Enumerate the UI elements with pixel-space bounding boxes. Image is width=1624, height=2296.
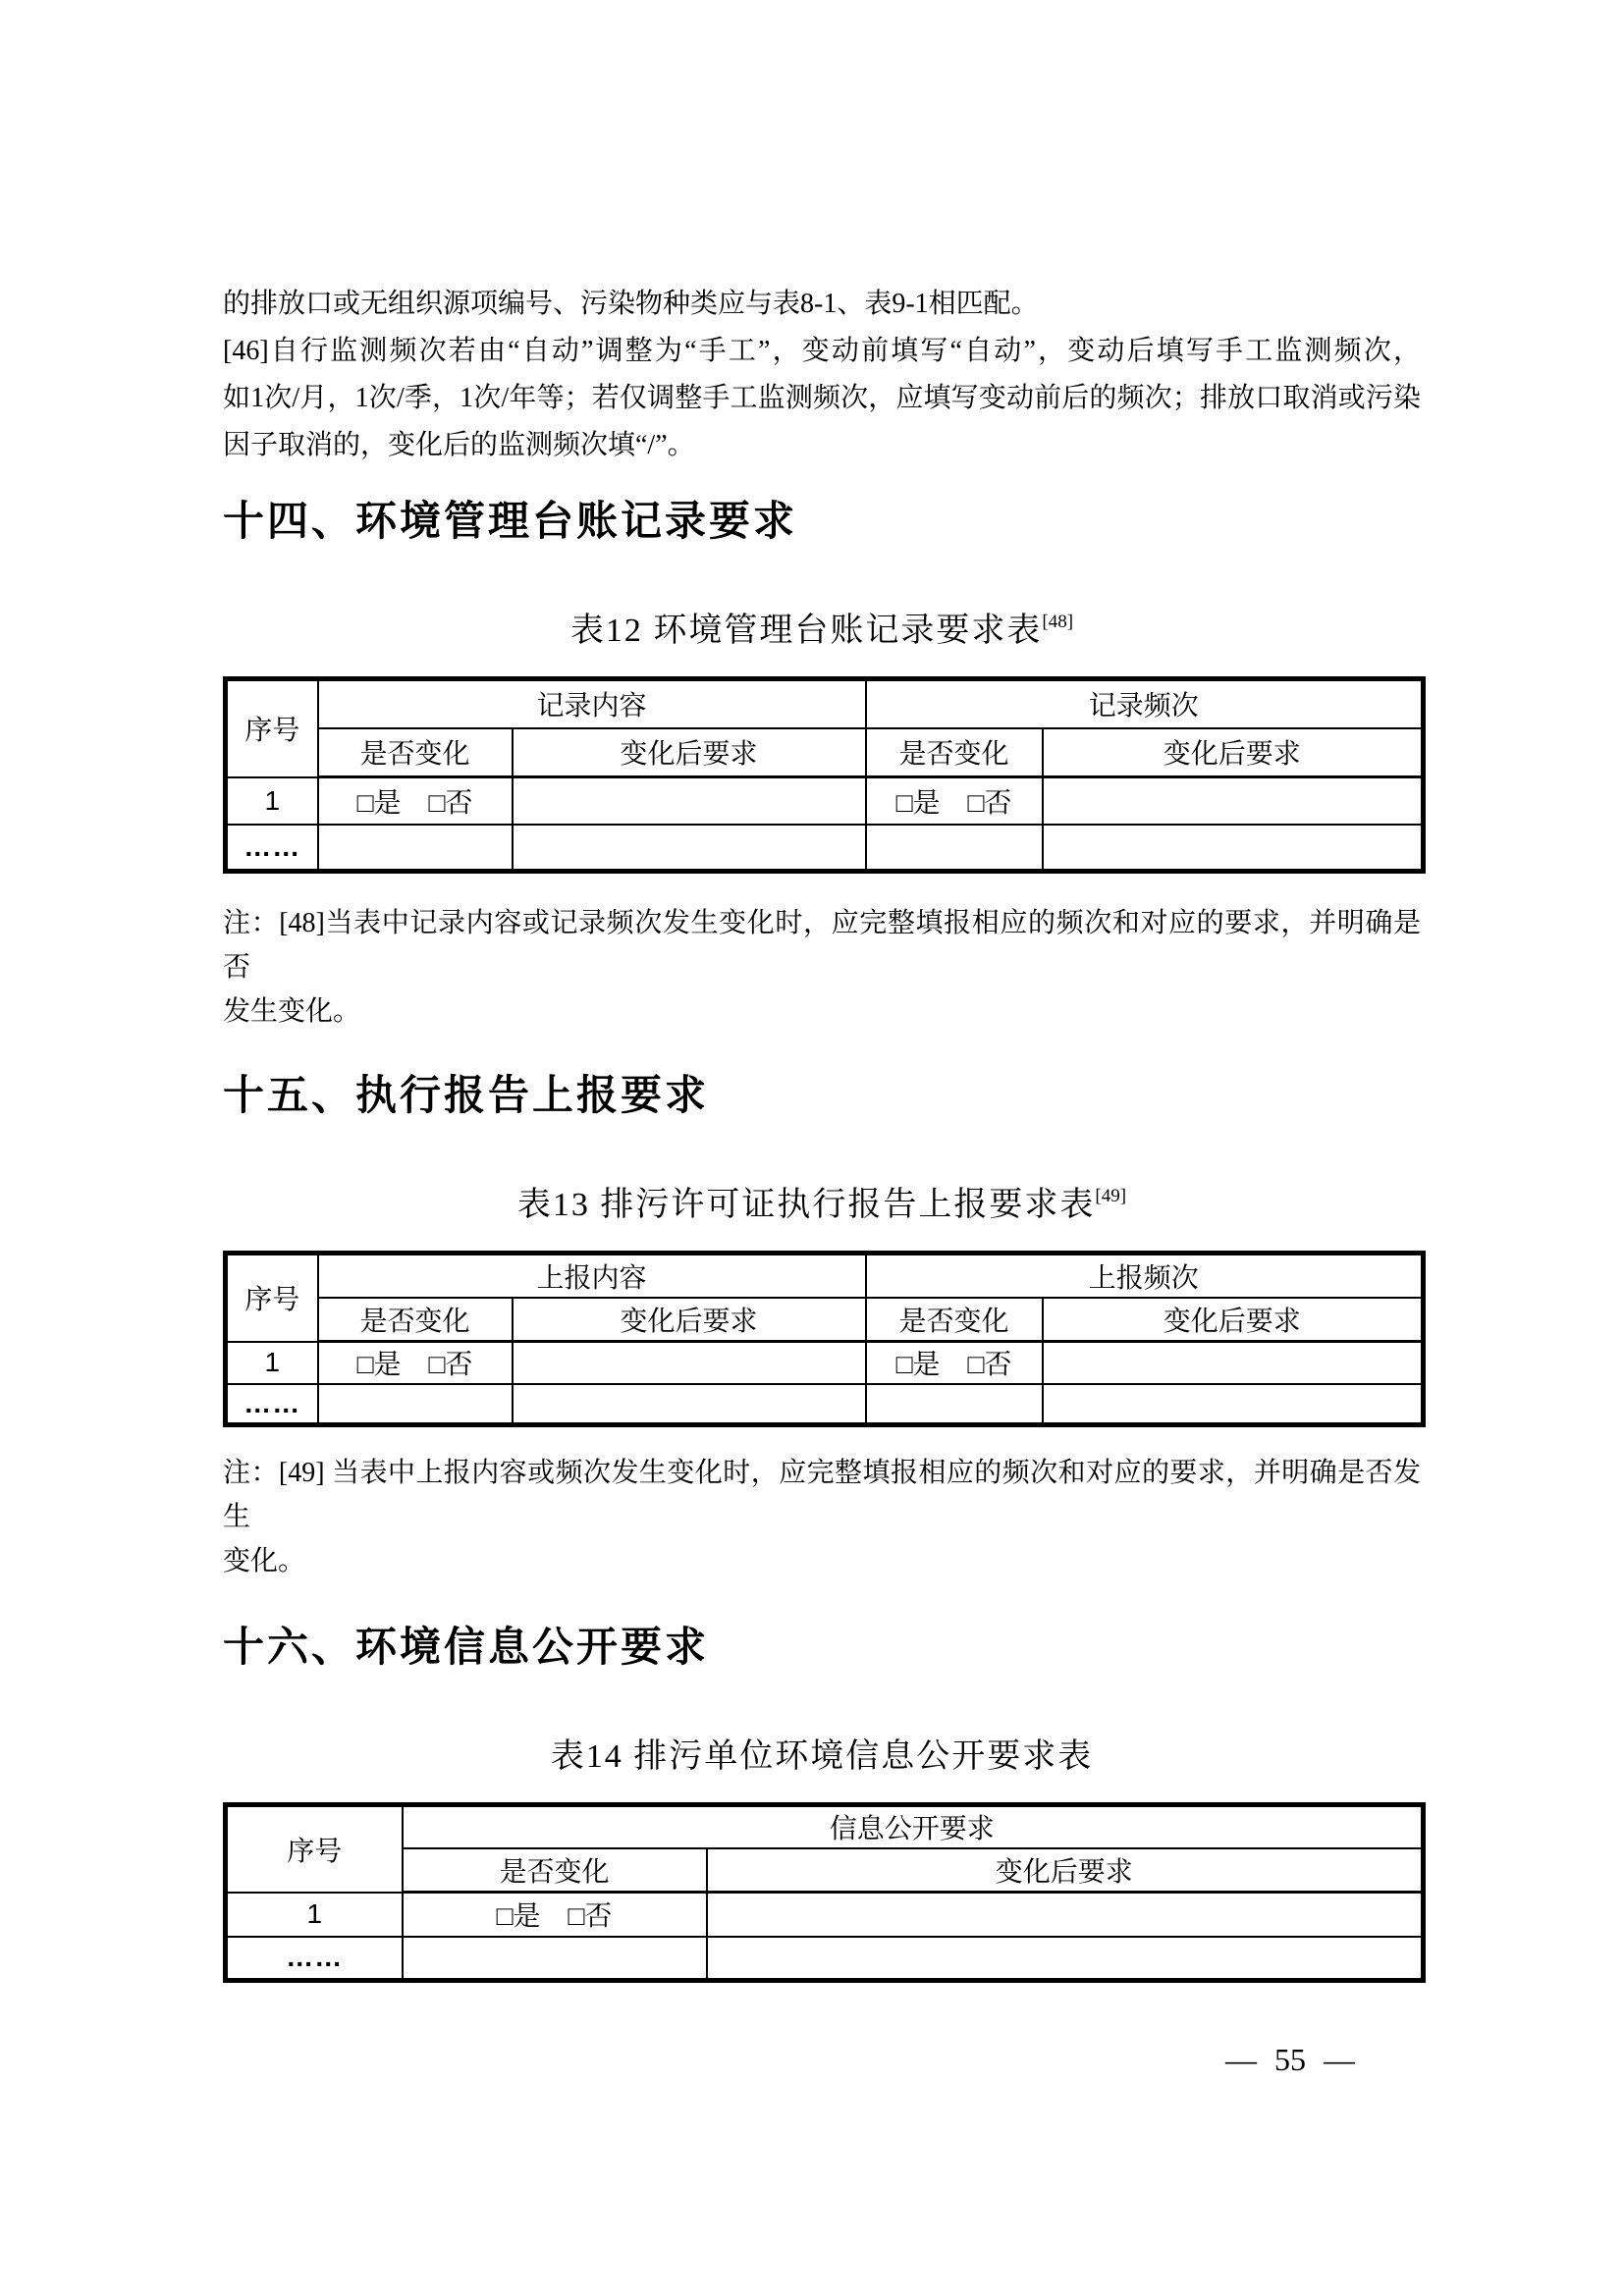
section-heading-14: 十四、环境管理台账记录要求 [223,494,1421,549]
table14-requirement-header: 变化后要求 [707,1848,1424,1893]
table12-empty-cell [318,825,513,872]
table14-row1-serial: 1 [226,1893,403,1937]
table12-row1-requirement-cell [1043,777,1424,825]
table12-serial-header: 序号 [226,679,318,777]
table12-empty-cell [513,825,866,872]
table14-title-text: 表14 排污单位环境信息公开要求表 [551,1738,1094,1775]
intro-line: 因子取消的，变化后的监测频次填“/”。 [223,422,1421,469]
footer-right-dash: — [1324,2042,1355,2078]
table13-group1-header: 上报内容 [318,1254,866,1298]
table12-row1-serial: 1 [226,777,318,825]
table12-title-text: 表12 环境管理台账记录要求表 [570,613,1043,649]
table12-requirement-header: 变化后要求 [1043,728,1424,777]
table13-empty-cell [866,1384,1043,1425]
table13-group-header-row: 序号 上报内容 上报频次 [226,1254,1424,1298]
table14-changed-header: 是否变化 [403,1848,707,1893]
table14-ellipsis-serial: …… [226,1937,403,1981]
table14-empty-cell [403,1937,707,1981]
table14-information-disclosure-requirements: 序号 信息公开要求 是否变化 变化后要求 1 □是 □否 …… [223,1802,1426,1983]
note-line: 变化。 [223,1539,1421,1583]
table13-empty-cell [1043,1384,1424,1425]
table13-note: 注：[49] 当表中上报内容或频次发生变化时，应完整填报相应的频次和对应的要求，… [223,1451,1421,1583]
table12-empty-cell [1043,825,1424,872]
page-number: 55 [1257,2042,1324,2078]
table12-row1-yes-no-checkboxes: □是 □否 [318,777,513,825]
document-page: { "intro": { "lines": [ "的排放口或无组织源项编号、污染… [0,0,1624,2296]
table13-row1-serial: 1 [226,1342,318,1384]
section-heading-15: 十五、执行报告上报要求 [223,1068,1421,1123]
table12-row1-yes-no-checkboxes: □是 □否 [866,777,1043,825]
table14-row1-requirement-cell [707,1893,1424,1937]
table-row: …… [226,1384,1424,1425]
table14-title: 表14 排污单位环境信息公开要求表 [223,1727,1421,1779]
intro-line: 如1次/月，1次/季，1次/年等；若仅调整手工监测频次，应填写变动前后的频次；排… [223,375,1421,422]
table-row: …… [226,825,1424,872]
table12-requirement-header: 变化后要求 [513,728,866,777]
intro-line: 的排放口或无组织源项编号、污染物种类应与表8-1、表9-1相匹配。 [223,281,1421,328]
table13-row1-yes-no-checkboxes: □是 □否 [866,1342,1043,1384]
table13-requirement-header: 变化后要求 [1043,1298,1424,1342]
table13-requirement-header: 变化后要求 [513,1298,866,1342]
page-content: 的排放口或无组织源项编号、污染物种类应与表8-1、表9-1相匹配。 [46]自行… [223,281,1421,1983]
table-row: 1 □是 □否 [226,1893,1424,1937]
table13-serial-header: 序号 [226,1254,318,1342]
table-row: 1 □是 □否 □是 □否 [226,777,1424,825]
table12-ellipsis-serial: …… [226,825,318,872]
table12-empty-cell [866,825,1043,872]
table13-title: 表13 排污许可证执行报告上报要求表[49] [223,1175,1421,1227]
table12-group2-header: 记录频次 [866,679,1424,728]
intro-paragraph: 的排放口或无组织源项编号、污染物种类应与表8-1、表9-1相匹配。 [46]自行… [223,281,1421,469]
page-number-footer: —55— [1225,2042,1355,2078]
note-line: 注：[48]当表中记录内容或记录频次发生变化时，应完整填报相应的频次和对应的要求… [223,901,1421,989]
table13-row1-requirement-cell [513,1342,866,1384]
footer-left-dash: — [1225,2042,1257,2078]
table12-changed-header: 是否变化 [318,728,513,777]
table14-row1-yes-no-checkboxes: □是 □否 [403,1893,707,1937]
table14-empty-cell [707,1937,1424,1981]
table12-sub-header-row: 是否变化 变化后要求 是否变化 变化后要求 [226,728,1424,777]
table12-group1-header: 记录内容 [318,679,866,728]
note-line: 注：[49] 当表中上报内容或频次发生变化时，应完整填报相应的频次和对应的要求，… [223,1451,1421,1539]
table13-group2-header: 上报频次 [866,1254,1424,1298]
table13-empty-cell [318,1384,513,1425]
table13-changed-header: 是否变化 [866,1298,1043,1342]
table-row: 1 □是 □否 □是 □否 [226,1342,1424,1384]
table12-ledger-requirements: 序号 记录内容 记录频次 是否变化 变化后要求 是否变化 变化后要求 1 □是 … [223,676,1426,874]
table14-group1-header: 信息公开要求 [403,1805,1424,1848]
intro-line: [46]自行监测频次若由“自动”调整为“手工”，变动前填写“自动”，变动后填写手… [223,328,1421,375]
table13-changed-header: 是否变化 [318,1298,513,1342]
table13-row1-yes-no-checkboxes: □是 □否 [318,1342,513,1384]
table13-report-submission-requirements: 序号 上报内容 上报频次 是否变化 变化后要求 是否变化 变化后要求 1 □是 … [223,1251,1426,1427]
note-line: 发生变化。 [223,989,1421,1034]
table12-row1-requirement-cell [513,777,866,825]
table14-sub-header-row: 是否变化 变化后要求 [226,1848,1424,1893]
table14-serial-header: 序号 [226,1805,403,1893]
table13-row1-requirement-cell [1043,1342,1424,1384]
table13-footnote-ref: [49] [1095,1186,1126,1206]
table13-ellipsis-serial: …… [226,1384,318,1425]
table12-changed-header: 是否变化 [866,728,1043,777]
table12-footnote-ref: [48] [1042,612,1073,632]
table12-title: 表12 环境管理台账记录要求表[48] [223,601,1421,653]
table12-note: 注：[48]当表中记录内容或记录频次发生变化时，应完整填报相应的频次和对应的要求… [223,901,1421,1034]
table13-sub-header-row: 是否变化 变化后要求 是否变化 变化后要求 [226,1298,1424,1342]
table13-title-text: 表13 排污许可证执行报告上报要求表 [517,1187,1096,1223]
table-row: …… [226,1937,1424,1981]
table14-group-header-row: 序号 信息公开要求 [226,1805,1424,1848]
table12-group-header-row: 序号 记录内容 记录频次 [226,679,1424,728]
table13-empty-cell [513,1384,866,1425]
section-heading-16: 十六、环境信息公开要求 [223,1620,1421,1675]
